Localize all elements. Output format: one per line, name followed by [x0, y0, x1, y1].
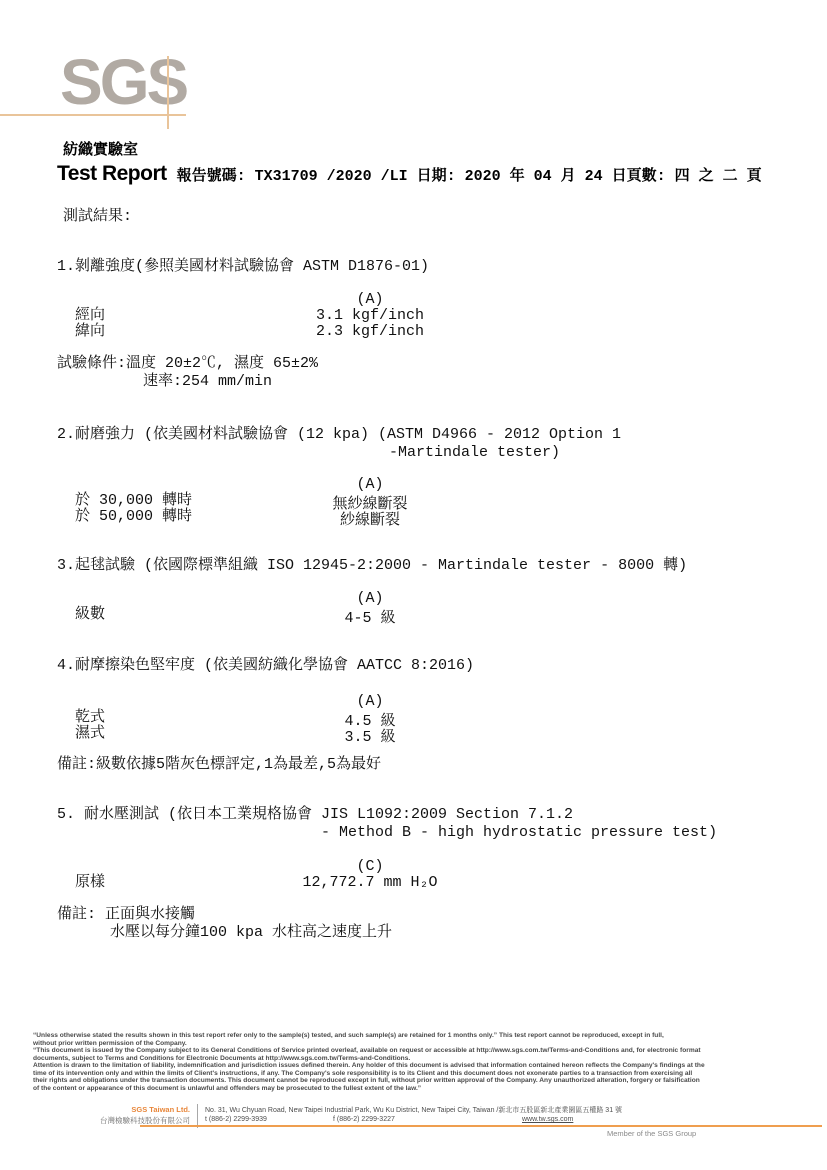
section-5-row-value: 12,772.7 mm H₂O — [260, 874, 480, 891]
company-name-en: SGS Taiwan Ltd. — [40, 1105, 190, 1114]
section-2-column-header: (A) — [260, 476, 480, 493]
section-3-row-label: 級數 — [75, 606, 105, 624]
section-1-column-header: (A) — [260, 291, 480, 308]
section-1-note: 速率:254 mm/min — [143, 373, 272, 391]
disclaimer-line: of the content or appearance of this doc… — [33, 1085, 799, 1093]
disclaimer-line: “Unless otherwise stated the results sho… — [33, 1032, 799, 1040]
section-2-title: 2.耐磨強力 (依美國材料試驗協會 (12 kpa) (ASTM D4966 -… — [57, 426, 621, 444]
disclaimer-line: Attention is drawn to the limitation of … — [33, 1062, 799, 1070]
section-4-note: 備註:級數依據5階灰色標評定,1為最差,5為最好 — [57, 756, 381, 774]
doc-title: Test Report — [57, 162, 167, 186]
disclaimer-line: time of its intervention only and within… — [33, 1070, 799, 1078]
results-heading: 測試結果: — [63, 208, 132, 226]
section-1-row-value: 3.1 kgf/inch — [260, 307, 480, 324]
section-3-title: 3.起毬試驗 (依國際標準組織 ISO 12945-2:2000 - Marti… — [57, 557, 687, 575]
section-4-title: 4.耐摩擦染色堅牢度 (依美國紡織化學協會 AATCC 8:2016) — [57, 657, 474, 675]
section-5-title: 5. 耐水壓測試 (依日本工業規格協會 JIS L1092:2009 Secti… — [57, 806, 573, 824]
section-5-note: 水壓以每分鐘100 kpa 水柱高之速度上升 — [110, 924, 392, 942]
company-address: No. 31, Wu Chyuan Road, New Taipei Indus… — [205, 1105, 622, 1115]
disclaimer-line: documents, subject to Terms and Conditio… — [33, 1055, 799, 1063]
section-5-title-line2: - Method B - high hydrostatic pressure t… — [321, 824, 717, 842]
section-5-column-header: (C) — [260, 858, 480, 875]
footer-disclaimer: “Unless otherwise stated the results sho… — [33, 1032, 799, 1092]
fax-number: f (886-2) 2299-3227 — [333, 1116, 395, 1123]
member-note: Member of the SGS Group — [607, 1129, 696, 1138]
disclaimer-line: without prior written permission of the … — [33, 1040, 799, 1048]
section-3-column-header: (A) — [260, 590, 480, 607]
section-4-column-header: (A) — [260, 693, 480, 710]
section-2-title-line2: -Martindale tester) — [389, 444, 560, 462]
section-2-row-label: 於 50,000 轉時 — [75, 508, 192, 526]
lab-name: 紡織實驗室 — [63, 138, 138, 159]
report-header-meta: 報告號碼: TX31709 /2020 /LI 日期: 2020 年 04 月 … — [177, 164, 762, 185]
phone-number: t (886-2) 2299-3939 — [205, 1116, 267, 1123]
section-1-row-label: 緯向 — [75, 323, 105, 341]
section-3-row-value: 4-5 級 — [260, 606, 480, 627]
test-report-page: SGS 紡織實驗室 Test Report 報告號碼: TX31709 /202… — [0, 0, 827, 1170]
section-1-note: 試驗條件:溫度 20±2℃, 濕度 65±2% — [57, 355, 318, 373]
section-2-row-value: 紗線斷裂 — [260, 508, 480, 529]
logo-crosshair-vertical — [167, 56, 169, 129]
section-1-title: 1.剝離強度(參照美國材料試驗協會 ASTM D1876-01) — [57, 258, 429, 276]
website-link[interactable]: www.tw.sgs.com — [522, 1116, 573, 1123]
section-5-row-label: 原樣 — [75, 874, 105, 892]
logo-crosshair-horizontal — [0, 114, 186, 116]
section-4-row-value: 3.5 級 — [260, 725, 480, 746]
report-title-row: Test Report 報告號碼: TX31709 /2020 /LI 日期: … — [57, 162, 762, 186]
disclaimer-line: “This document is issued by the Company … — [33, 1047, 799, 1055]
disclaimer-line: their rights and obligations under the t… — [33, 1077, 799, 1085]
section-5-note: 備註: 正面與水接觸 — [57, 906, 195, 924]
section-4-row-label: 濕式 — [75, 725, 105, 743]
footer-rule — [140, 1125, 822, 1127]
section-1-row-value: 2.3 kgf/inch — [260, 323, 480, 340]
